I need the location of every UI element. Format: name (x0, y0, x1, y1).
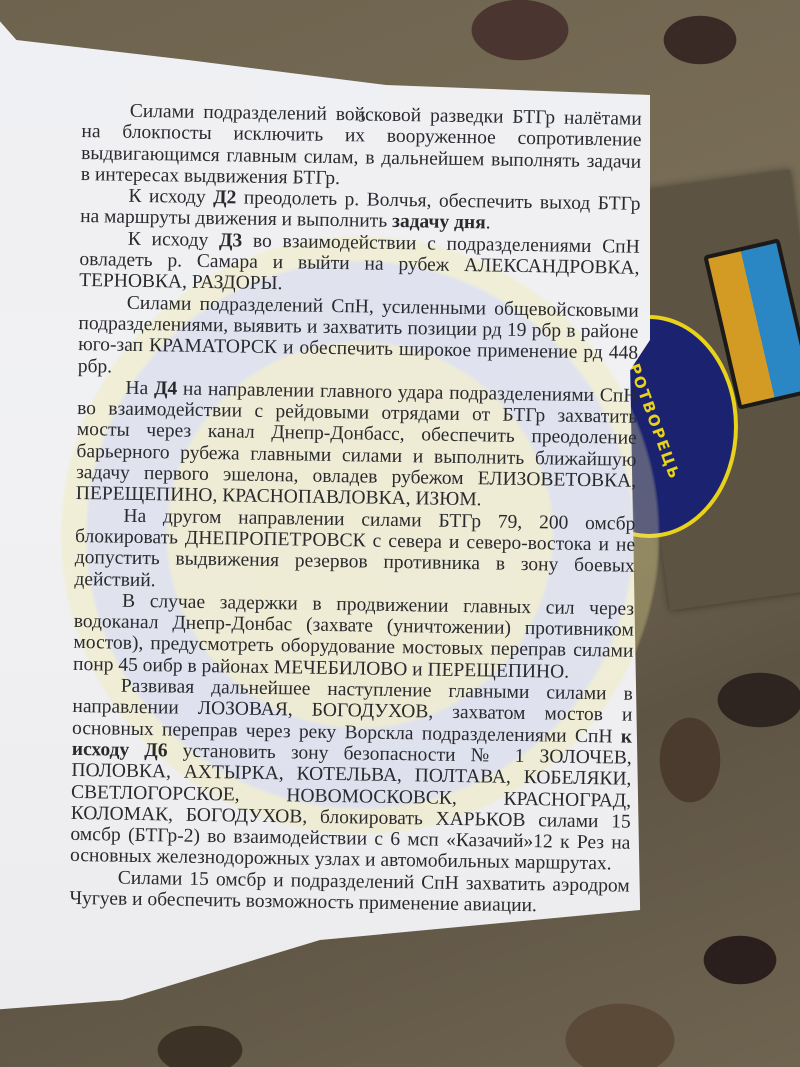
paragraph-5: На Д4 на направлении главного удара подр… (76, 377, 638, 514)
paragraph-3: К исходу Д3 во взаимодействии с подразде… (79, 228, 640, 301)
paragraph-9: Силами 15 омсбр и подразделений СпН захв… (69, 867, 630, 918)
document-body: 5 Силами подразделений войсковой разведк… (69, 100, 642, 918)
paragraph-7: В случае задержки в продвижении главных … (73, 590, 634, 684)
paragraph-4: Силами подразделений СпН, усиленными общ… (78, 292, 639, 386)
paragraph-8: Развивая дальнейшее наступление главными… (70, 675, 633, 875)
paragraph-6: На другом направлении силами БТГр 79, 20… (74, 505, 635, 599)
